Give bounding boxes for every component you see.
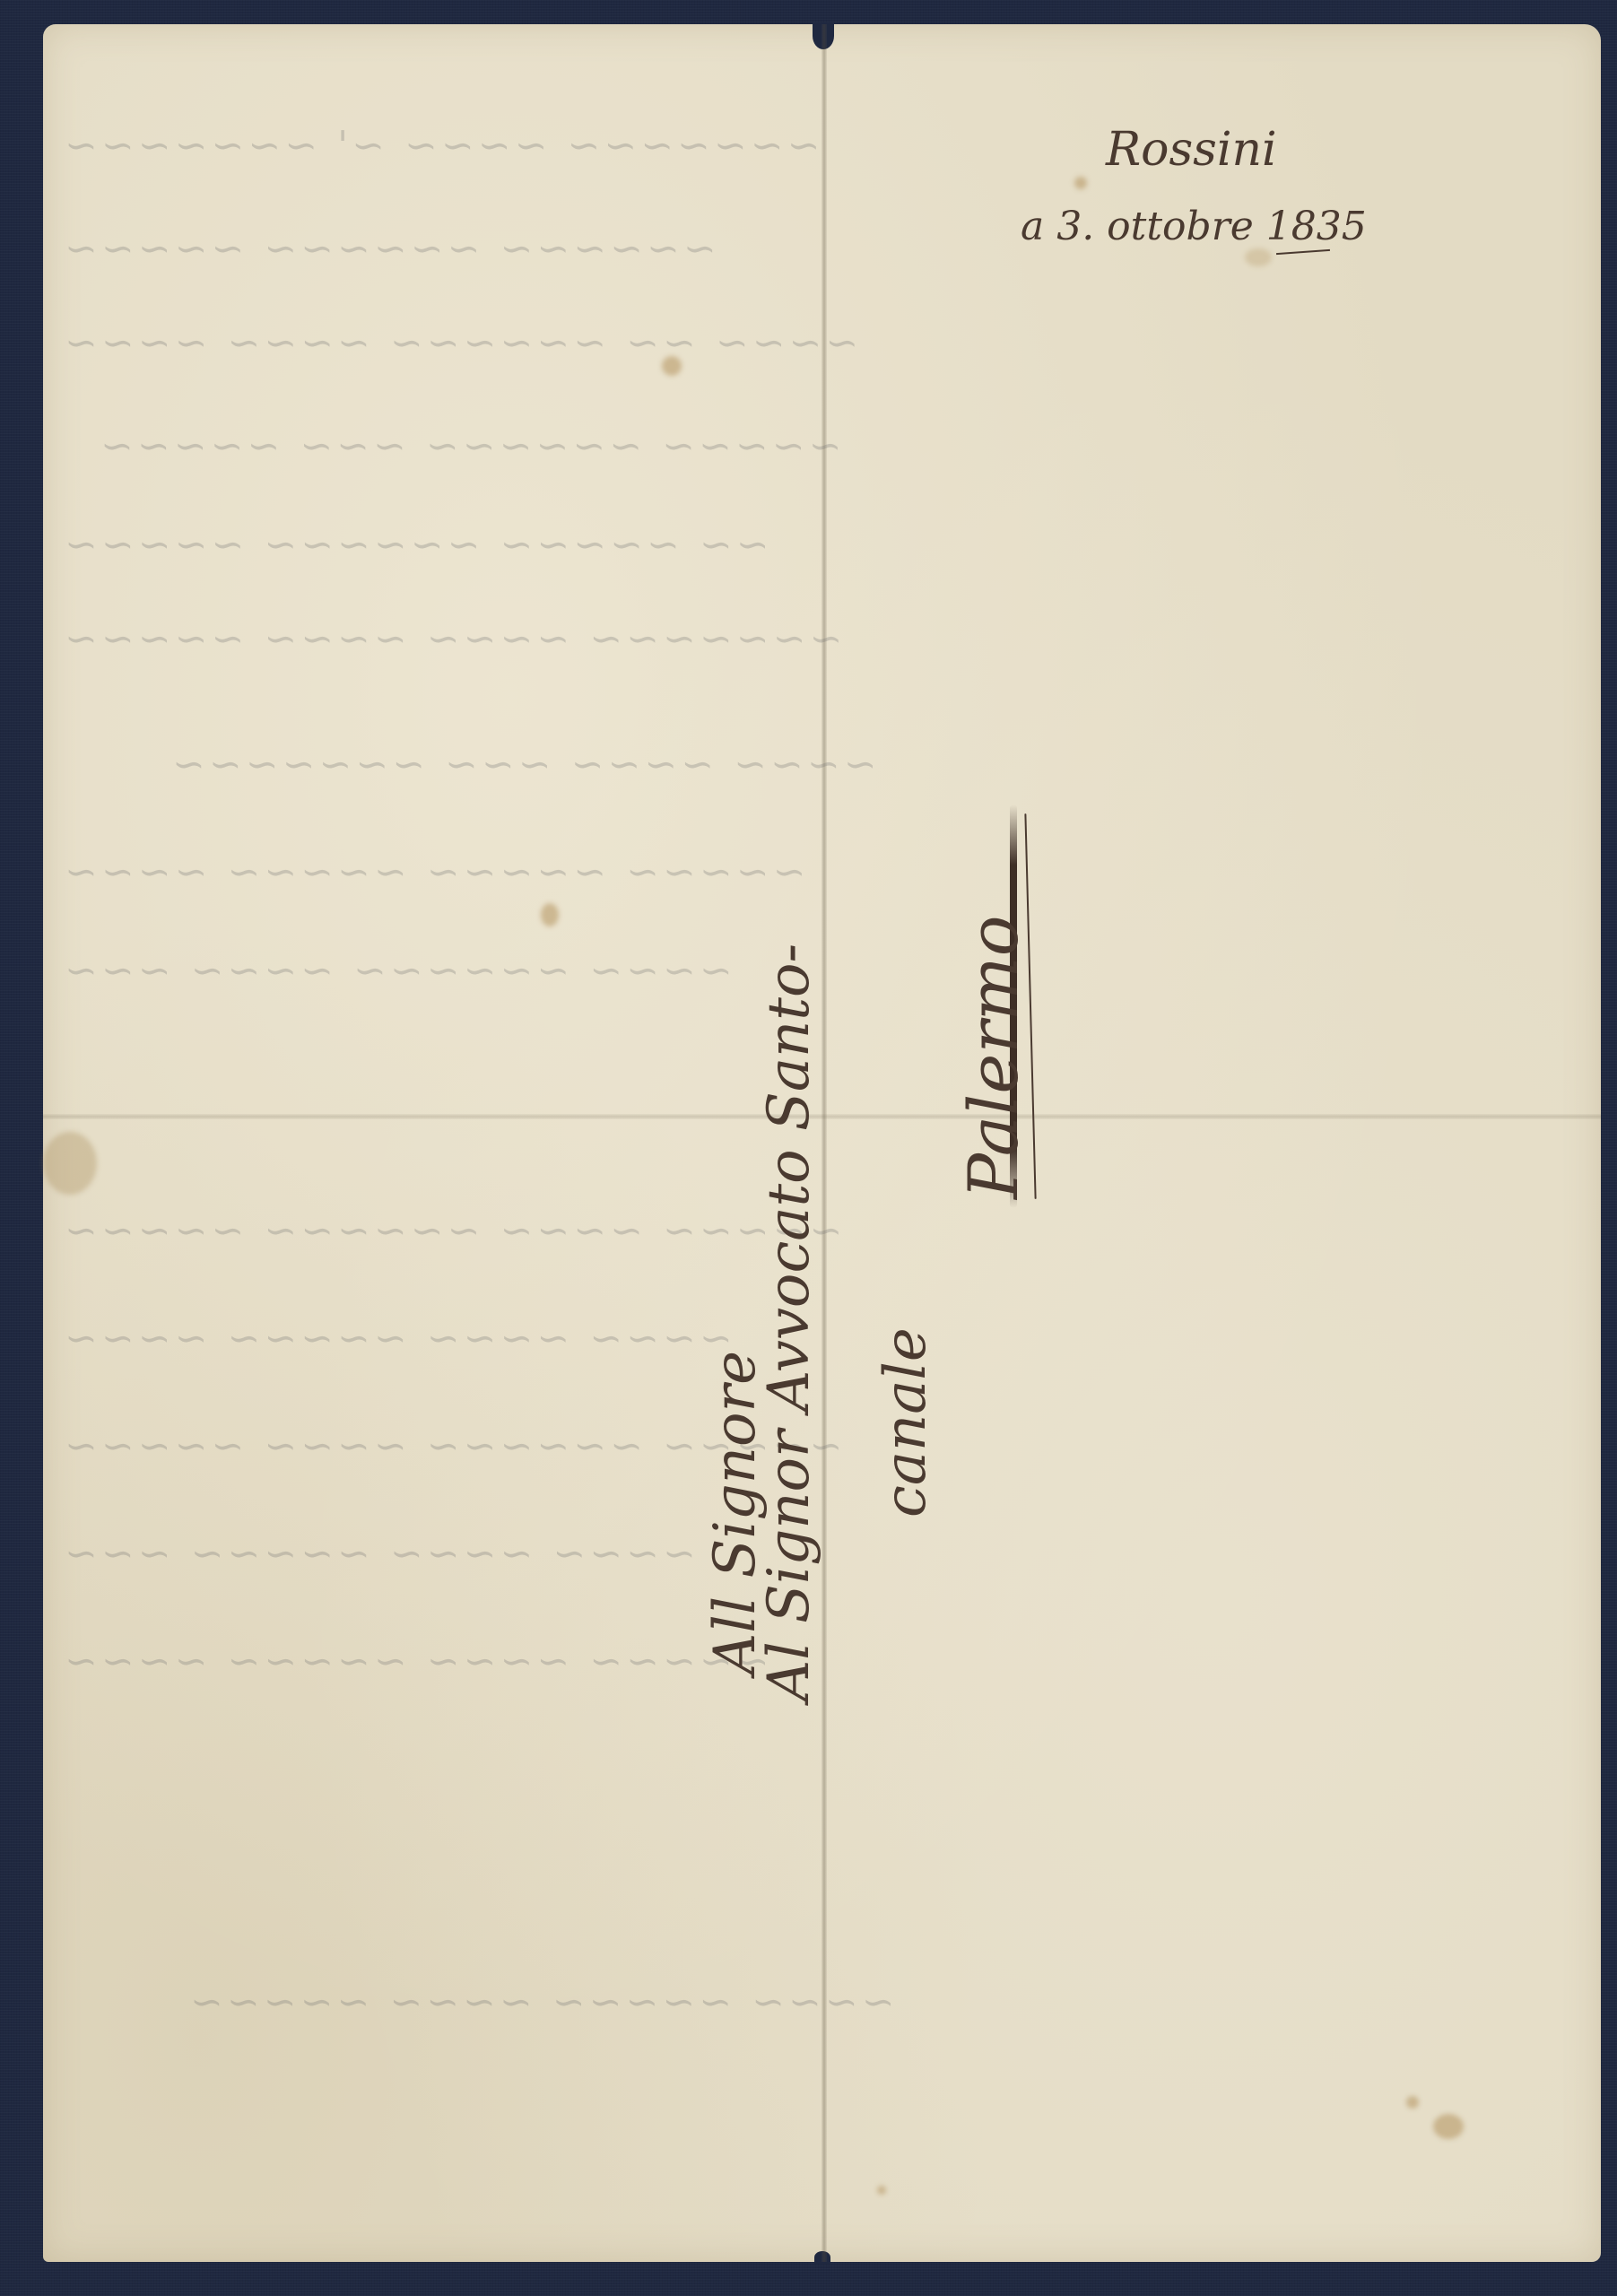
- address-city: Palermo: [953, 916, 1033, 1199]
- bleed-through-line: ~~~~~ ~~~~ ~~~~~ ~~~~: [61, 1639, 769, 1684]
- stain: [1245, 248, 1272, 266]
- bleed-through-line: ~~~~ ~~~~ ~~~ ~~~~~~~: [169, 742, 877, 787]
- sender-name: Rossini: [1106, 123, 1277, 177]
- bleed-through-line: ~~ ~~~~~ ~~~~~~ ~~~~~: [61, 522, 769, 568]
- bleed-through-line: ~~~~~ ~~~~ ~~~~~~ ~~~~~: [61, 1208, 842, 1254]
- stain: [43, 1132, 97, 1195]
- stain: [541, 903, 559, 926]
- bleed-through-line: ~~~~~~~ ~~~~ ~~~~ ~~~~~: [61, 616, 842, 662]
- date-underline: [1276, 249, 1330, 255]
- stain: [1406, 2096, 1419, 2109]
- bleed-through-line: ~~~~~ ~~~~~~ ~~~ ~~~~~: [97, 423, 841, 469]
- bleed-through-line: ~~~~ ~~~~~~ ~~~~ ~~~: [61, 948, 733, 994]
- bleed-through-line: ~~~~~~~ ~~~~ ~' ~~~~~~~: [61, 123, 821, 169]
- bleed-through-line: ~~~~~ ~~~~~ ~~~~~ ~~~~: [61, 849, 805, 895]
- bleed-through-line: ~~~~ ~~~~ ~~~~~ ~~~: [61, 1531, 696, 1577]
- letter-sheet: ~~~~~~~ ~~~~ ~' ~~~~~~~ ~~~~~~ ~~~~~~ ~~…: [43, 24, 1601, 2262]
- bleed-through-line: ~~~~ ~~~~ ~~~~~ ~~~~: [61, 1316, 733, 1361]
- stain: [1433, 2114, 1464, 2139]
- bleed-through-line: ~~~~~~ ~~~~~~ ~~~~~: [61, 226, 717, 272]
- bleed-through-line: ~~~~ ~~ ~~~~~~ ~~~~ ~~~~: [61, 320, 858, 366]
- docket-date: a 3. ottobre 1835: [1021, 204, 1367, 249]
- bleed-through-line: ~~~~ ~~~~~ ~~~~ ~~~~~: [187, 1979, 895, 2025]
- address-line-2: Al Signor Avvocato Santo-: [756, 944, 822, 1701]
- address-line-3: canale: [873, 1327, 939, 1518]
- stain: [877, 2186, 886, 2195]
- stain: [1074, 177, 1087, 189]
